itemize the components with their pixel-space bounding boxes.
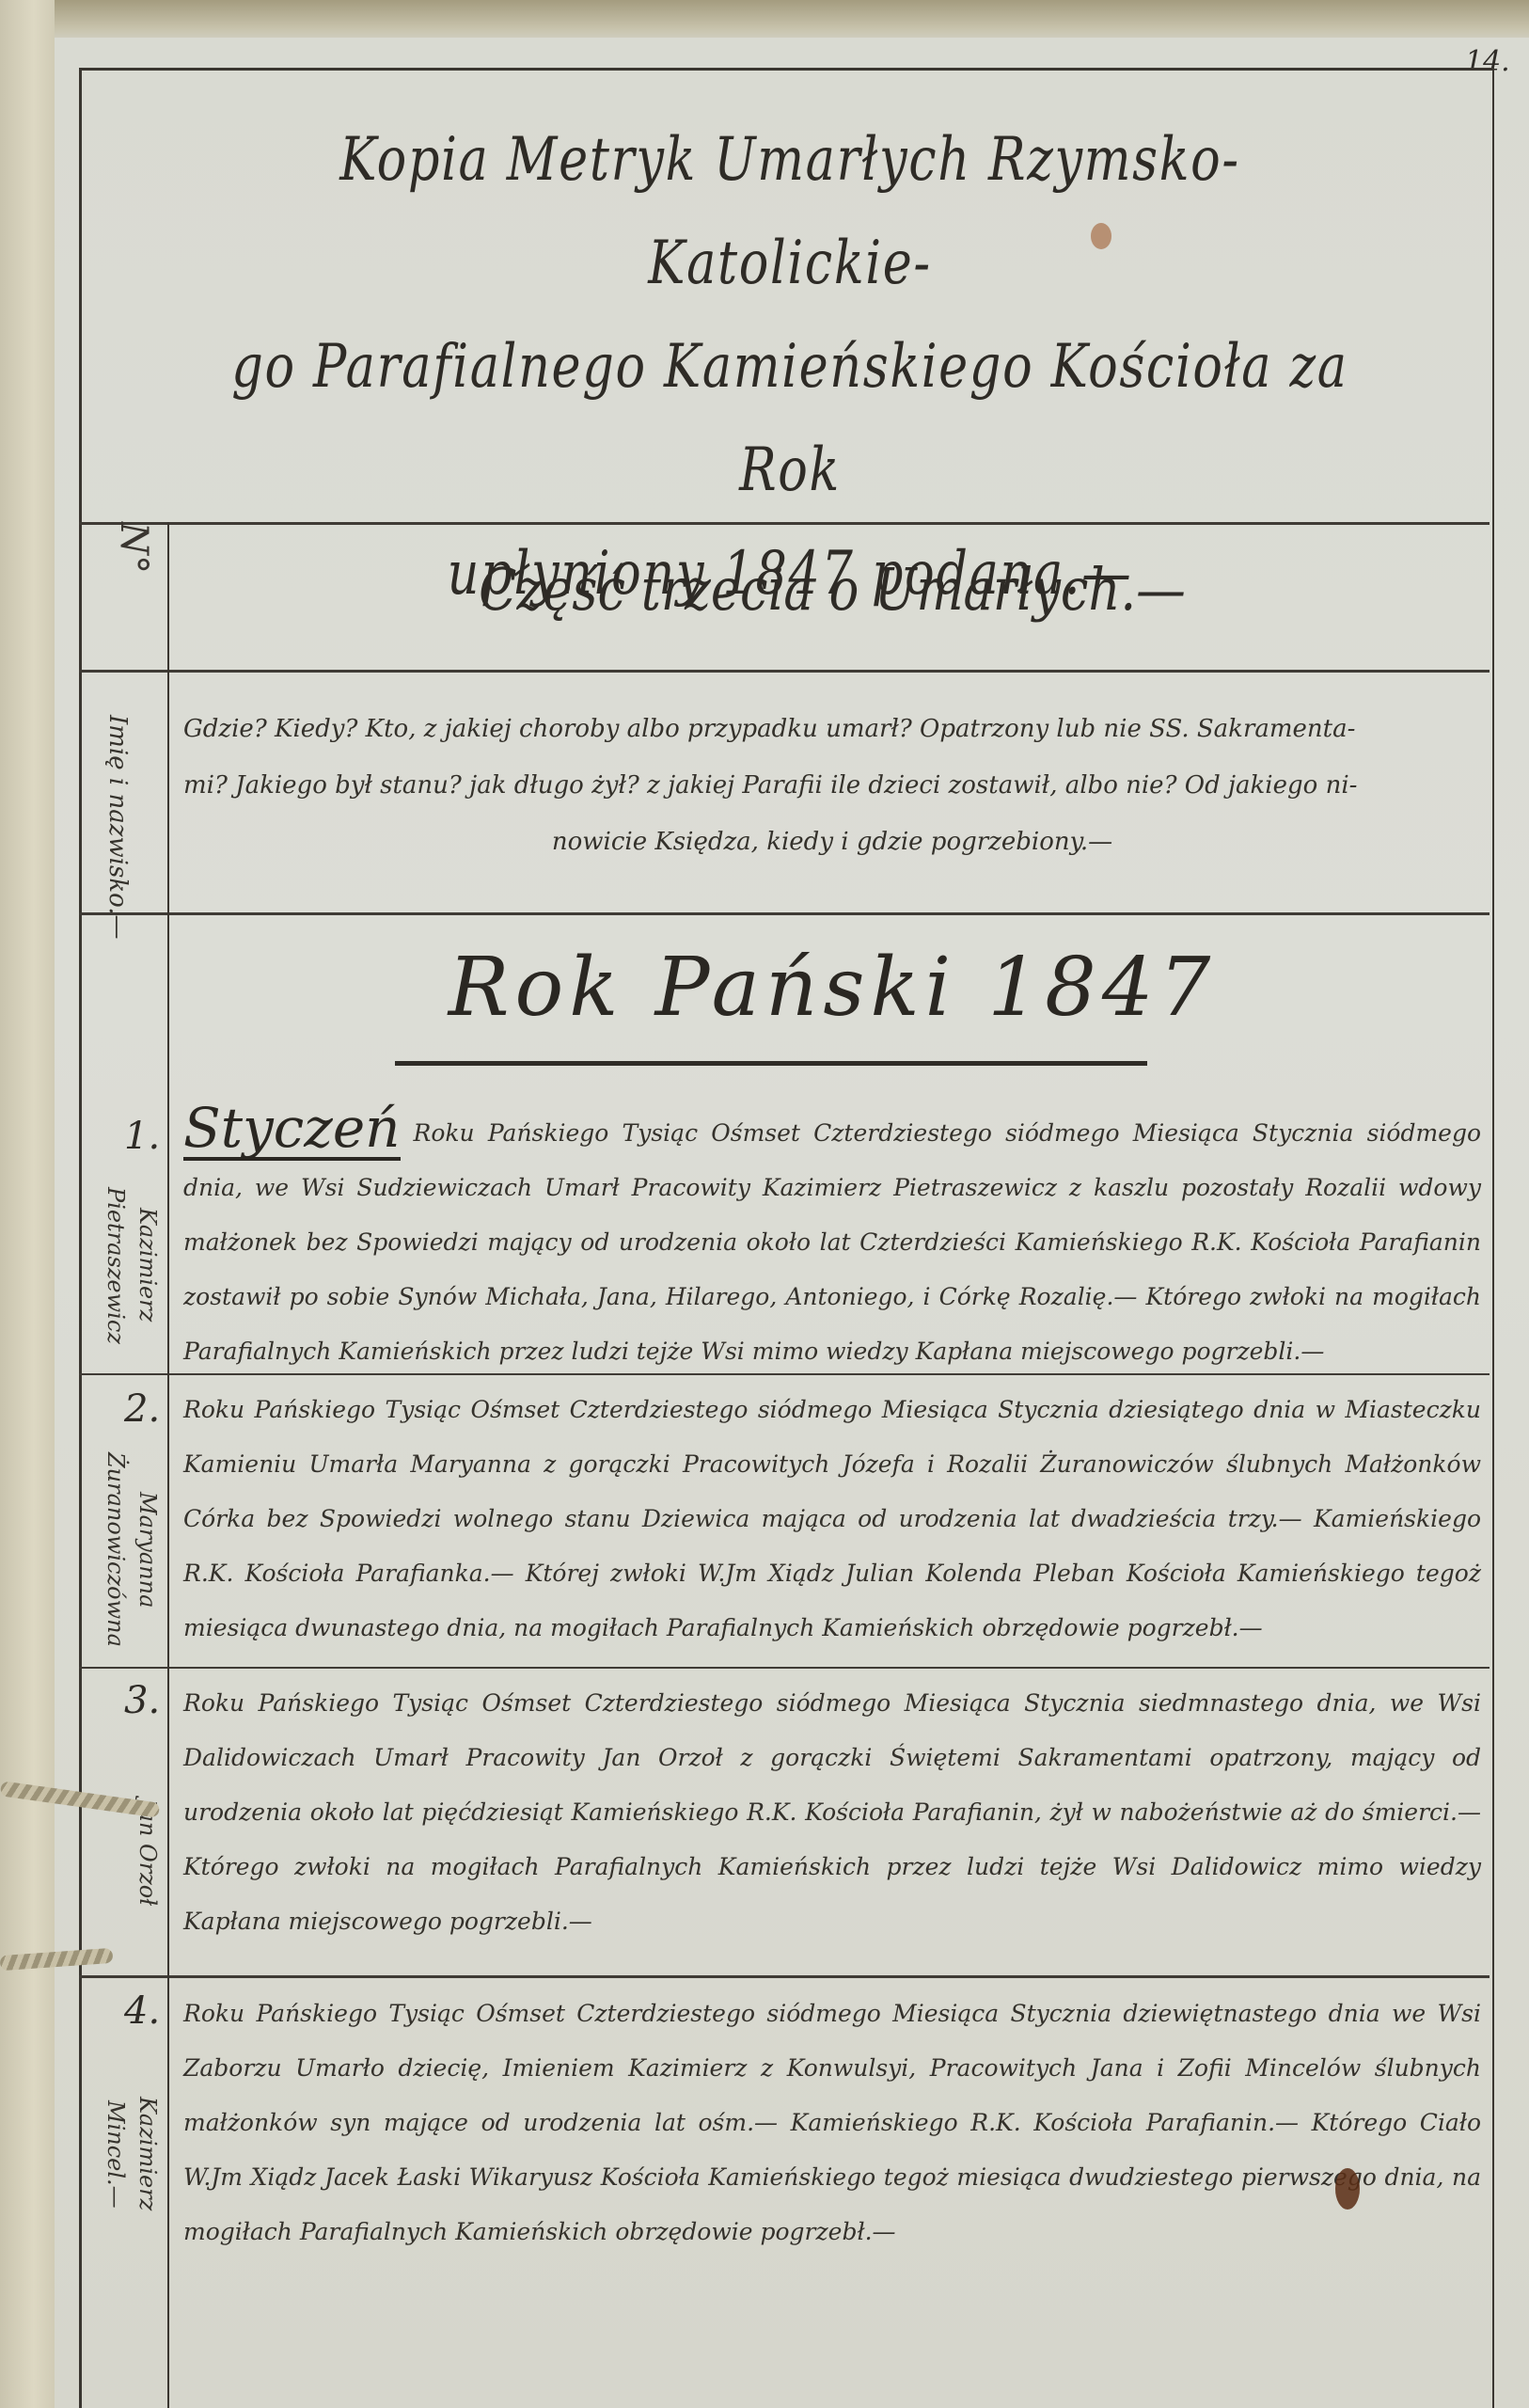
year-heading: Rok Pański 1847 (179, 941, 1486, 1035)
entry-4-name: Kazimierz Mincel.— (90, 2060, 164, 2248)
rule-below-section (79, 670, 1490, 673)
question-line-3: nowicie Księdza, kiedy i gdzie pogrzebio… (183, 814, 1481, 870)
section-title: Część trzecia o Umarłych.— (276, 555, 1388, 624)
question-line-1: Gdzie? Kiedy? Kto, z jakiej choroby albo… (183, 715, 1355, 743)
name-column-header: Imię i nazwisko.— (103, 715, 132, 903)
ink-stain-top (1091, 223, 1111, 249)
column-question-text: Gdzie? Kiedy? Kto, z jakiej choroby albo… (183, 701, 1481, 870)
title-line-1: Kopia Metryk Umarłych Rzymsko-Katolickie… (227, 108, 1352, 315)
entry-1-name: Kazimierz Pietraszewicz (90, 1166, 164, 1364)
entry-2-text: Roku Pańskiego Tysiąc Ośmset Czterdziest… (183, 1383, 1481, 1655)
entry-4-text: Roku Pańskiego Tysiąc Ośmset Czterdziest… (183, 1987, 1481, 2259)
entry-2-number: 2. (124, 1387, 160, 1431)
month-label-styczen: Styczeń (183, 1099, 401, 1161)
rule-entry-2 (79, 1667, 1490, 1669)
entry-3-number: 3. (124, 1679, 160, 1722)
rust-stain (1335, 2168, 1360, 2210)
entry-4-number: 4. (124, 1989, 160, 2033)
entry-1-number: 1. (124, 1115, 160, 1158)
year-underline (395, 1061, 1147, 1066)
book-binding-edge (0, 0, 58, 2408)
number-column-header: N° (89, 522, 155, 574)
rule-below-question (79, 912, 1490, 915)
entry-1-text: StyczeńRoku Pańskiego Tysiąc Ośmset Czte… (183, 1099, 1481, 1379)
rule-entry-3 (79, 1975, 1490, 1978)
column-divider (167, 522, 169, 2408)
title-line-2: go Parafialnego Kamieńskiego Kościoła za… (227, 315, 1352, 522)
entry-3-text: Roku Pańskiego Tysiąc Ośmset Czterdziest… (183, 1676, 1481, 1949)
question-line-2: mi? Jakiego był stanu? jak długo żył? z … (183, 771, 1357, 800)
entry-2-name: Maryanna Żuranowiczówna (90, 1439, 164, 1660)
entry-3-name: Jan Orzoł (90, 1740, 164, 1966)
page-title: Kopia Metryk Umarłych Rzymsko-Katolickie… (103, 108, 1476, 626)
